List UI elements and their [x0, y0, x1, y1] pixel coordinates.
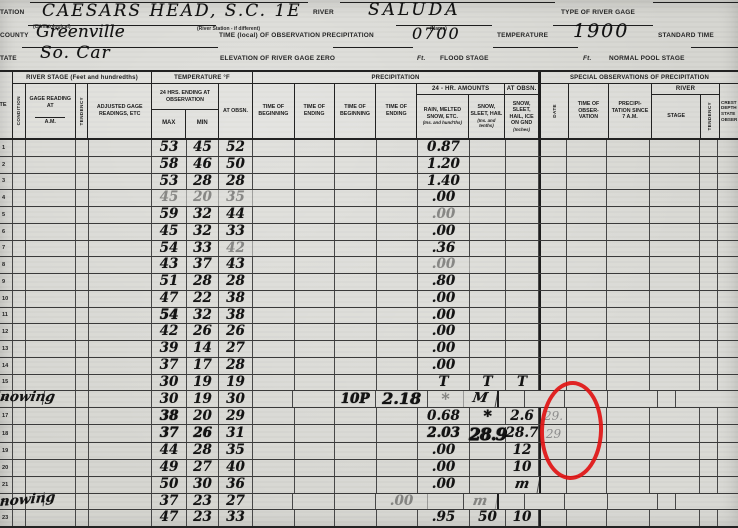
cell-tb2: [293, 494, 335, 510]
cell-sdate: [539, 477, 567, 493]
cell-sdate: 29: [539, 425, 567, 442]
cell-stime: [567, 140, 607, 156]
cell-max: 30: [152, 391, 187, 407]
cell-sstage: [650, 274, 700, 290]
cell-tb1: Snowing: [1, 391, 45, 405]
cell-tb2: [335, 308, 377, 324]
cell-tobs: 43: [219, 257, 253, 273]
elevation-underline: [333, 47, 413, 48]
cell-n: 3: [0, 174, 13, 190]
cell-min: 23: [187, 510, 219, 526]
cell-screst: [718, 341, 738, 357]
cell-te1: [295, 157, 335, 173]
cell-min: 19: [187, 391, 219, 407]
cell-gage: [26, 241, 76, 257]
cell-sprec: [607, 241, 650, 257]
cell-gage: [26, 341, 76, 357]
cell-sstage: [650, 157, 700, 173]
cell-adj: [89, 477, 152, 493]
cell-tend: [76, 341, 89, 357]
cell-sprec: [607, 460, 650, 476]
cell-sobs: [506, 291, 539, 307]
cell-sprec: [607, 358, 650, 374]
cell-n: 10: [0, 291, 13, 307]
cell-stime: [567, 408, 607, 424]
cell-min: 32: [187, 207, 219, 223]
table-row: 12422626.00: [0, 324, 738, 341]
cell-te1: [295, 174, 335, 190]
max-header: MAX: [152, 110, 186, 138]
cell-sobs: T: [506, 375, 539, 391]
special-title: SPECIAL OBSERVATIONS OF PRECIPITATION: [541, 72, 738, 84]
cell-max: 47: [152, 510, 187, 526]
cell-sstage: [650, 257, 700, 273]
cell-n: 12: [0, 324, 13, 340]
cell-screst: [718, 207, 738, 223]
cell-rain: .80: [418, 274, 470, 290]
cell-tb2: [335, 358, 377, 374]
table-row: 173820290.68*2.629.: [0, 408, 738, 425]
type-of-river-gage-label: TYPE OF RIVER GAGE: [561, 9, 635, 16]
cell-tobs: 28: [219, 174, 253, 190]
cell-sstage: [650, 174, 700, 190]
cell-n: 15: [0, 375, 13, 391]
cell-max: 50: [152, 477, 187, 493]
cell-tobs: 19: [219, 375, 253, 391]
cell-te2: [377, 460, 418, 476]
temp-time-value: 1900: [573, 20, 629, 42]
cell-cond: [13, 408, 26, 424]
cell-n: 18: [0, 425, 13, 442]
cell-sstage: [650, 140, 700, 156]
cell-sobs: [506, 308, 539, 324]
cell-sprec: [607, 274, 650, 290]
cell-tb2: [335, 157, 377, 173]
at-obsn-temp-header: AT OBSN.: [219, 84, 252, 138]
table-row: 23472333.955010: [0, 510, 738, 528]
cell-stend: [658, 391, 676, 407]
cell-sstage: [608, 391, 658, 407]
cell-gage: [26, 157, 76, 173]
cell-sprec: [607, 140, 650, 156]
cell-tb2: [335, 375, 377, 391]
cell-max: 37: [152, 425, 187, 442]
cell-n: 23: [0, 510, 13, 526]
cell-sprec: [607, 157, 650, 173]
cell-tobs: 26: [219, 324, 253, 340]
cell-gage: [26, 510, 76, 526]
cell-sdate: [539, 207, 567, 223]
cell-adj: [89, 443, 152, 459]
cell-sprec: [607, 308, 650, 324]
cell-stime: [567, 291, 607, 307]
cell-sprec: [607, 510, 650, 526]
cell-tb1: [253, 257, 295, 273]
cell-gage: [26, 358, 76, 374]
cell-te1: [295, 274, 335, 290]
temperature-group: TEMPERATURE °F 24 HRS. ENDING AT OBSERVA…: [152, 72, 253, 138]
cell-tb2: [335, 510, 377, 526]
cell-te1: [295, 510, 335, 526]
cell-stime: [567, 324, 607, 340]
cell-screst: [718, 460, 738, 476]
cell-stend: [658, 494, 676, 510]
cell-min: 30: [187, 477, 219, 493]
flood-underline: [493, 47, 578, 48]
cell-sstage: [650, 358, 700, 374]
river-stage-group: RIVER STAGE (Feet and hundredths) CONDIT…: [13, 72, 152, 138]
cell-tb2: [335, 341, 377, 357]
cell-tb1: [253, 460, 295, 476]
at-obsn2-title: AT OBSN.: [505, 84, 538, 95]
cell-tend: [76, 157, 89, 173]
cell-screst: [718, 257, 738, 273]
cell-min: 20: [187, 408, 219, 424]
cell-tb1: [253, 341, 295, 357]
cell-sstage: [608, 494, 658, 510]
cell-tend: [76, 140, 89, 156]
cell-screst: [718, 443, 738, 459]
cell-sprec: [607, 477, 650, 493]
cell-cond: [13, 291, 26, 307]
cell-max: 38: [152, 408, 187, 424]
cell-sstage: [650, 224, 700, 240]
cell-sobs: [506, 140, 539, 156]
cell-sstage: [650, 324, 700, 340]
cell-sobs: [506, 274, 539, 290]
table-row: 8433743.00: [0, 257, 738, 274]
cell-te1: [295, 224, 335, 240]
cell-screst: [718, 375, 738, 391]
rain-melted-header: RAIN, MELTED SNOW, ETC. (Ins. and hund't…: [417, 95, 468, 138]
cell-te1: [295, 460, 335, 476]
cell-tobs: 42: [219, 241, 253, 257]
cell-te2: [377, 425, 418, 442]
cell-stend: [700, 291, 718, 307]
cell-tb1: [253, 224, 295, 240]
cell-sdate: [539, 341, 567, 357]
cell-sprec: [607, 425, 650, 442]
cell-snow: 28.9: [470, 427, 506, 444]
cell-gage: [26, 443, 76, 459]
cell-snow: [470, 477, 506, 493]
cell-stend: [700, 477, 718, 493]
station-value: CAESARS HEAD, S.C. 1E: [42, 1, 302, 21]
cell-adj: [89, 207, 152, 223]
cell-screst: [718, 425, 738, 442]
cell-cond: [13, 140, 26, 156]
cell-tb2: [335, 425, 377, 442]
cell-stend: [700, 257, 718, 273]
cell-te2: [377, 274, 418, 290]
cell-tb1: [253, 274, 295, 290]
cell-adj: [89, 460, 152, 476]
cell-screst: [718, 241, 738, 257]
cell-tend: [76, 308, 89, 324]
cell-sobs: [506, 341, 539, 357]
cell-tb1: [253, 308, 295, 324]
cell-cond: [13, 460, 26, 476]
cell-screst: [718, 358, 738, 374]
cell-rain: 0.68: [418, 408, 470, 424]
cell-n: 1: [0, 140, 13, 156]
cell-snow: [470, 460, 506, 476]
cell-max: 39: [152, 341, 187, 357]
cell-sprec: [565, 391, 608, 407]
cell-sobs: [506, 241, 539, 257]
cell-sstage: [650, 477, 700, 493]
am-label: A.M.: [35, 117, 65, 126]
hrs24-header: 24 HRS. ENDING AT OBSERVATION: [152, 84, 218, 110]
cell-gage: [26, 291, 76, 307]
cell-sprec: [607, 443, 650, 459]
cell-sdate: [539, 190, 567, 206]
flood-stage-label: FLOOD STAGE: [440, 55, 489, 62]
cell-te2: [377, 241, 418, 257]
time-ending-2-header: TIME OF ENDING: [376, 84, 417, 138]
scanned-weather-form: TATION CAESARS HEAD, S.C. 1E (Climatolog…: [0, 0, 738, 528]
table-row: 4452035.00: [0, 190, 738, 207]
cell-snow: [470, 257, 506, 273]
cell-gage: [26, 408, 76, 424]
cell-tobs: 50: [219, 157, 253, 173]
cell-adj: [89, 408, 152, 424]
cell-max: 54: [152, 241, 187, 257]
cell-stend: [700, 190, 718, 206]
cell-stend: [700, 375, 718, 391]
cell-te1: [295, 425, 335, 442]
cell-sstage: [650, 190, 700, 206]
cell-tend: [76, 375, 89, 391]
cell-snow: T: [470, 375, 506, 391]
cell-stime: [567, 443, 607, 459]
cell-min: 33: [187, 241, 219, 257]
cell-te2: [377, 341, 418, 357]
cell-cond: [13, 157, 26, 173]
cell-sdate: [539, 308, 567, 324]
cell-te1: [253, 391, 293, 407]
cell-stime: [525, 494, 565, 510]
adjusted-header: ADJUSTED GAGE READINGS, ETC: [88, 84, 151, 138]
river-subtitle: RIVER: [652, 84, 719, 95]
cell-sstage: [650, 207, 700, 223]
cell-tobs: 38: [219, 308, 253, 324]
cell-tb2: [335, 291, 377, 307]
cell-stime: [567, 341, 607, 357]
cell-tend: [76, 224, 89, 240]
cell-sstage: [650, 443, 700, 459]
cell-te1: [295, 257, 335, 273]
cell-sobs: [506, 157, 539, 173]
table-row: 11543238.00: [0, 308, 738, 325]
cell-stend: [700, 241, 718, 257]
cell-min: 27: [187, 460, 219, 476]
cell-sprec: [607, 375, 650, 391]
cell-max: 58: [152, 157, 187, 173]
cell-gage: [26, 257, 76, 273]
cell-te1: [295, 190, 335, 206]
cell-rain: .36: [418, 241, 470, 257]
cell-sprec: [607, 224, 650, 240]
min-header: MIN: [186, 110, 218, 138]
cell-n: 17: [0, 408, 13, 424]
cell-min: 28: [187, 443, 219, 459]
cell-sstage: [650, 460, 700, 476]
cell-tb2: [335, 257, 377, 273]
cell-sdate: [497, 494, 525, 510]
table-row: 16301930Snowing10P2.18*M: [0, 391, 738, 408]
cell-sprec: [607, 291, 650, 307]
cell-min: 19: [187, 375, 219, 391]
cell-sobs: 28.7: [506, 425, 539, 442]
cell-tb2: [335, 443, 377, 459]
cell-te2: [335, 494, 376, 510]
cell-sprec: [607, 174, 650, 190]
table-row: 7543342.36: [0, 241, 738, 258]
table-row: 5593244.00: [0, 207, 738, 224]
cell-tend: [76, 174, 89, 190]
cell-tobs: 30: [219, 391, 253, 407]
cell-te1: [295, 477, 335, 493]
cell-rain: 2.18: [376, 391, 428, 407]
cell-tb2: [293, 391, 335, 407]
cell-gage: [26, 190, 76, 206]
cell-n: 21: [0, 477, 13, 493]
cell-min: 23: [187, 494, 219, 510]
cell-min: 26: [187, 324, 219, 340]
cell-cond: [13, 174, 26, 190]
cell-snow: [470, 358, 506, 374]
table-row: 183726312.0328.928.729: [0, 425, 738, 443]
cell-tobs: 33: [219, 224, 253, 240]
cell-tend: [76, 291, 89, 307]
cell-sdate: [539, 375, 567, 391]
cell-sdate: [539, 274, 567, 290]
cell-sdate: [539, 174, 567, 190]
cell-tobs: 35: [219, 443, 253, 459]
cell-sobs: m: [505, 477, 541, 493]
cell-sdate: [539, 291, 567, 307]
cell-n: 14: [0, 358, 13, 374]
cell-tobs: 35: [219, 190, 253, 206]
precip-time-value: 0700: [412, 24, 461, 43]
cell-tobs: 27: [219, 494, 253, 510]
cell-tb2: [335, 408, 377, 424]
cell-tend: [76, 207, 89, 223]
cell-tend: [76, 425, 89, 442]
cell-max: 59: [152, 207, 187, 223]
cell-te1: [295, 207, 335, 223]
cell-rain: 1.20: [418, 157, 470, 173]
cell-stend: [700, 174, 718, 190]
cell-cond: [13, 358, 26, 374]
cell-tb1: [253, 425, 295, 442]
cell-stend: [700, 308, 718, 324]
cell-tobs: 40: [219, 460, 253, 476]
cell-adj: [89, 190, 152, 206]
snow-sleet-sub: (Ins. and tenths): [470, 118, 504, 129]
cell-sstage: [650, 425, 700, 442]
cell-rain: .00: [418, 477, 470, 493]
cell-screst: [718, 157, 738, 173]
elevation-label: ELEVATION OF RIVER GAGE ZERO: [220, 55, 335, 62]
cell-cond: [13, 477, 26, 493]
cell-stend: [700, 408, 718, 424]
cell-snow: *: [470, 408, 506, 424]
cell-snow: [470, 140, 506, 156]
table-row: 25846501.20: [0, 157, 738, 174]
cell-gage: [26, 324, 76, 340]
cell-screst: [718, 224, 738, 240]
cell-te2: [377, 408, 418, 424]
cell-adj: [89, 224, 152, 240]
cell-te2: [377, 324, 418, 340]
cell-sstage: [650, 510, 700, 526]
cell-snow: [470, 341, 506, 357]
cell-min: 37: [187, 257, 219, 273]
cell-snow: [470, 291, 506, 307]
cell-snow: [470, 174, 506, 190]
cell-tobs: 28: [219, 274, 253, 290]
cell-min: 46: [187, 157, 219, 173]
cell-stime: [567, 274, 607, 290]
cell-tb2: [335, 224, 377, 240]
table-row: 13391427.00: [0, 341, 738, 358]
cell-tb1: [253, 190, 295, 206]
cell-sprec: [607, 341, 650, 357]
cell-gage: [26, 174, 76, 190]
cell-rain: .95: [418, 510, 470, 526]
cell-sobs: [506, 224, 539, 240]
cell-max: 30: [152, 375, 187, 391]
cell-n: 4: [0, 190, 13, 206]
table-row: 21503036.00m: [0, 477, 738, 494]
cell-cond: [13, 224, 26, 240]
cell-te2: [377, 308, 418, 324]
cell-screst: [718, 140, 738, 156]
cell-sobs: 10: [506, 510, 539, 526]
cell-te1: [253, 494, 293, 510]
cell-sstage: [650, 375, 700, 391]
cell-te2: [377, 190, 418, 206]
cell-n: 9: [0, 274, 13, 290]
cell-sobs: [506, 174, 539, 190]
cell-snow: *: [428, 391, 464, 407]
cell-screst: [718, 510, 738, 526]
normal-pool-label: NORMAL POOL STAGE: [609, 55, 685, 62]
cell-tb1: [253, 241, 295, 257]
cell-sdate: [539, 460, 567, 476]
cell-cond: [13, 207, 26, 223]
cell-min: 26: [187, 425, 219, 442]
cell-stime: [567, 460, 607, 476]
special-observations-group: SPECIAL OBSERVATIONS OF PRECIPITATION DA…: [539, 72, 738, 138]
ft-label-2: Ft.: [583, 55, 592, 62]
cell-tb1: [253, 140, 295, 156]
cell-stime: [567, 224, 607, 240]
cell-tend: [76, 324, 89, 340]
time-ending-1-header: TIME OF ENDING: [295, 84, 335, 138]
table-row: 15345520.87: [0, 140, 738, 157]
temperature-label: TEMPERATURE: [497, 32, 548, 39]
cell-gage: [26, 375, 76, 391]
cell-sobs: [506, 190, 539, 206]
cell-sprec: [607, 190, 650, 206]
cell-te1: [295, 291, 335, 307]
cell-te2: [377, 174, 418, 190]
amounts24-title: 24 - HR. AMOUNTS: [417, 84, 504, 95]
cell-rain: .00: [418, 257, 470, 273]
